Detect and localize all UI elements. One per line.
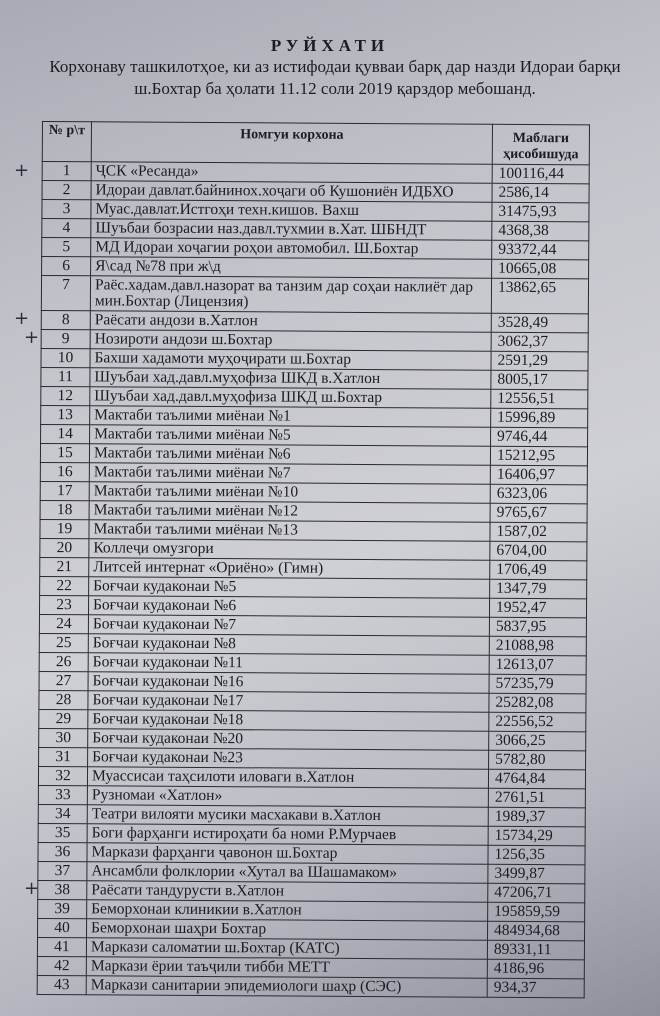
handwritten-plus-mark: +: [14, 160, 29, 181]
amount-value: 1989,37: [488, 807, 585, 827]
row-number: 5: [42, 238, 91, 257]
organization-name: Маркази фарҳанги ҷавонон ш.Бохтар: [87, 843, 488, 864]
organization-name: Беморхонаи клиникии в.Хатлон: [87, 900, 488, 921]
amount-value: 12556,51: [491, 389, 588, 409]
amount-value: 21088,98: [489, 636, 586, 656]
row-number: 19: [40, 519, 89, 538]
organization-name: Мактаби таълими миёнаи №12: [89, 501, 490, 522]
organization-name: Беморхонаи шаҳри Бохтар: [87, 919, 488, 940]
row-number: 35: [38, 823, 87, 842]
amount-value: 195859,59: [488, 902, 585, 922]
row-number: 8: [41, 310, 90, 329]
organization-name: Боғчаи кудаконаи №20: [88, 729, 489, 750]
amount-value: 47206,71: [488, 883, 585, 903]
amount-value: 57235,79: [489, 674, 586, 694]
row-number: 29: [39, 709, 88, 728]
table-row: 43Маркази санитарии эпидемиологи шаҳр (С…: [37, 975, 584, 997]
row-number: 4: [42, 219, 91, 238]
organization-name: Раёс.хадам.давл.назорат ва танзим дар со…: [90, 276, 491, 313]
organization-name: Боғчаи кудаконаи №11: [88, 653, 489, 674]
organization-name: Ансамбли фолклории «Хутал ва Шашамаком»: [87, 862, 488, 883]
organization-name: Муас.давлат.Истгоҳи техн.кишов. Вахш: [91, 200, 492, 221]
amount-value: 9765,67: [490, 503, 587, 523]
amount-value: 1347,79: [490, 579, 587, 599]
row-number: 16: [40, 462, 89, 481]
organization-name: Муассисаи таҳсилоти иловаги в.Хатлон: [87, 767, 488, 788]
header-amount: Маблаги ҳисобишуда: [492, 124, 589, 165]
amount-value: 1256,35: [488, 845, 585, 865]
row-number: 20: [40, 538, 89, 557]
row-number: 1: [42, 162, 91, 181]
amount-value: 22556,52: [489, 712, 586, 732]
organization-name: Маркази ёрии таъҷили тибби МЕТТ: [86, 957, 487, 978]
row-number: 33: [38, 785, 87, 804]
amount-value: 934,37: [487, 978, 584, 998]
organization-name: Боғчаи кудаконаи №5: [89, 577, 490, 598]
amount-value: 6323,06: [490, 484, 587, 504]
amount-value: 8005,17: [491, 370, 588, 390]
amount-value: 93372,44: [492, 240, 589, 260]
row-number: 3: [42, 200, 91, 219]
row-number: 2: [42, 181, 91, 200]
table-header-row: № р\т Номгуи корхона Маблаги ҳисобишуда: [42, 122, 589, 165]
row-number: 12: [41, 386, 90, 405]
amount-value: 1952,47: [489, 598, 586, 618]
row-number: 23: [39, 595, 88, 614]
amount-value: 10665,08: [492, 259, 589, 279]
organization-name: Раёсати тандурусти в.Хатлон: [87, 881, 488, 902]
organization-name: Мактаби таълими миёнаи №5: [90, 425, 491, 446]
row-number: 11: [41, 367, 90, 386]
organization-name: Боғчаи кудаконаи №6: [88, 596, 489, 617]
row-number: 43: [37, 975, 86, 994]
organization-name: Боғчаи кудаконаи №17: [88, 691, 489, 712]
amount-value: 100116,44: [492, 164, 589, 184]
row-number: 24: [39, 614, 88, 633]
amount-value: 15212,95: [490, 446, 587, 466]
amount-value: 1706,49: [490, 560, 587, 580]
amount-value: 3499,87: [488, 864, 585, 884]
organization-name: Мактаби таълими миёнаи №6: [89, 444, 490, 465]
handwritten-plus-mark: +: [14, 308, 29, 329]
organization-name: Я\сад №78 при ж\д: [91, 257, 492, 278]
organization-name: Шуъбаи хад.давл.муҳофиза ШКД ш.Бохтар: [90, 387, 491, 408]
organization-name: Боғчаи кудаконаи №18: [88, 710, 489, 731]
amount-value: 4368,38: [492, 221, 589, 241]
row-number: 38: [38, 880, 87, 899]
organization-name: Нозироти андози ш.Бохтар: [90, 330, 491, 351]
organization-name: Боғчаи кудаконаи №23: [88, 748, 489, 769]
row-number: 32: [38, 766, 87, 785]
organization-name: Боғчаи кудаконаи №16: [88, 672, 489, 693]
document-title: РУЙХАТИ: [0, 36, 660, 56]
table-body: 1ҶСК «Ресанда»100116,442Идораи давлат.ба…: [37, 162, 589, 998]
row-number: 15: [40, 443, 89, 462]
amount-value: 5782,80: [489, 750, 586, 770]
organization-name: МД Идораи хоҷагии роҳои автомобил. Ш.Бох…: [91, 238, 492, 259]
row-number: 7: [41, 276, 90, 311]
handwritten-plus-mark: +: [24, 327, 39, 348]
organization-name: Идораи давлат.байнинох.хоҷаги об Кушониё…: [91, 181, 492, 202]
amount-value: 3062,37: [491, 332, 588, 352]
table-row: 7Раёс.хадам.давл.назорат ва танзим дар с…: [41, 276, 588, 314]
row-number: 34: [38, 804, 87, 823]
organization-name: Шуъбаи хад.давл.муҳофиза ШКД в.Хатлон: [90, 368, 491, 389]
amount-value: 31475,93: [492, 202, 589, 222]
organization-name: Мактаби таълими миёнаи №13: [89, 520, 490, 541]
header-name: Номгуи корхона: [91, 122, 492, 164]
amount-value: 5837,95: [489, 617, 586, 637]
organization-name: Маркази саломатии ш.Бохтар (КАТС): [86, 938, 487, 959]
row-number: 30: [39, 728, 88, 747]
amount-value: 6704,00: [490, 541, 587, 561]
organization-name: Боғчаи кудаконаи №8: [88, 634, 489, 655]
row-number: 27: [39, 671, 88, 690]
row-number: 28: [39, 690, 88, 709]
amount-value: 9746,44: [491, 427, 588, 447]
amount-value: 3066,25: [489, 731, 586, 751]
row-number: 36: [38, 842, 87, 861]
row-number: 21: [40, 557, 89, 576]
amount-value: 16406,97: [490, 465, 587, 485]
amount-value: 2761,51: [488, 788, 585, 808]
organization-name: Рузномаи «Хатлон»: [87, 786, 488, 807]
organization-name: Боги фарҳанги истироҳати ба номи Р.Мурча…: [87, 824, 488, 845]
row-number: 10: [41, 348, 90, 367]
organization-name: Театри вилояти мусики масхакави в.Хатлон: [87, 805, 488, 826]
amount-value: 4764,84: [488, 769, 585, 789]
organization-name: Маркази санитарии эпидемиологи шаҳр (СЭС…: [86, 976, 487, 997]
row-number: 41: [37, 937, 86, 956]
row-number: 31: [39, 747, 88, 766]
organization-name: Коллеҷи омузгори: [89, 539, 490, 560]
row-number: 14: [41, 424, 90, 443]
document-page: РУЙХАТИ Корхонаву ташкилотҳое, ки аз ист…: [0, 0, 660, 1016]
organization-name: Шуъбаи бозрасии наз.давл.тухмии в.Хат. Ш…: [91, 219, 492, 240]
amount-value: 15734,29: [488, 826, 585, 846]
amount-value: 4186,96: [487, 959, 584, 979]
row-number: 22: [40, 576, 89, 595]
row-number: 18: [40, 500, 89, 519]
organization-name: ҶСК «Ресанда»: [91, 162, 492, 183]
amount-value: 484934,68: [488, 921, 585, 941]
row-number: 17: [40, 481, 89, 500]
debtors-table: № р\т Номгуи корхона Маблаги ҳисобишуда …: [37, 121, 590, 998]
organization-name: Раёсати андози в.Хатлон: [90, 311, 491, 332]
row-number: 26: [39, 652, 88, 671]
amount-value: 13862,65: [491, 278, 588, 314]
organization-name: Мактаби таълими миёнаи №7: [89, 463, 490, 484]
document-subtitle: Корхонаву ташкилотҳое, ки аз истифодаи қ…: [40, 56, 630, 100]
row-number: 39: [38, 899, 87, 918]
amount-value: 15996,89: [491, 408, 588, 428]
row-number: 13: [41, 405, 90, 424]
amount-value: 12613,07: [489, 655, 586, 675]
organization-name: Боғчаи кудаконаи №7: [88, 615, 489, 636]
row-number: 42: [37, 956, 86, 975]
amount-value: 1587,02: [490, 522, 587, 542]
handwritten-plus-mark: +: [24, 878, 39, 899]
row-number: 25: [39, 633, 88, 652]
row-number: 37: [38, 861, 87, 880]
row-number: 6: [42, 257, 91, 276]
amount-value: 25282,08: [489, 693, 586, 713]
amount-value: 2591,29: [491, 351, 588, 371]
organization-name: Мактаби таълими миёнаи №1: [90, 406, 491, 427]
amount-value: 3528,49: [491, 313, 588, 333]
header-number: № р\т: [42, 122, 91, 162]
organization-name: Мактаби таълими миёнаи №10: [89, 482, 490, 503]
row-number: 9: [41, 329, 90, 348]
row-number: 40: [38, 918, 87, 937]
organization-name: Литсей интернат «Ориёно» (Гимн): [89, 558, 490, 579]
amount-value: 89331,11: [487, 940, 584, 960]
amount-value: 2586,14: [492, 183, 589, 203]
organization-name: Бахши хадамоти муҳоҷирати ш.Бохтар: [90, 349, 491, 370]
